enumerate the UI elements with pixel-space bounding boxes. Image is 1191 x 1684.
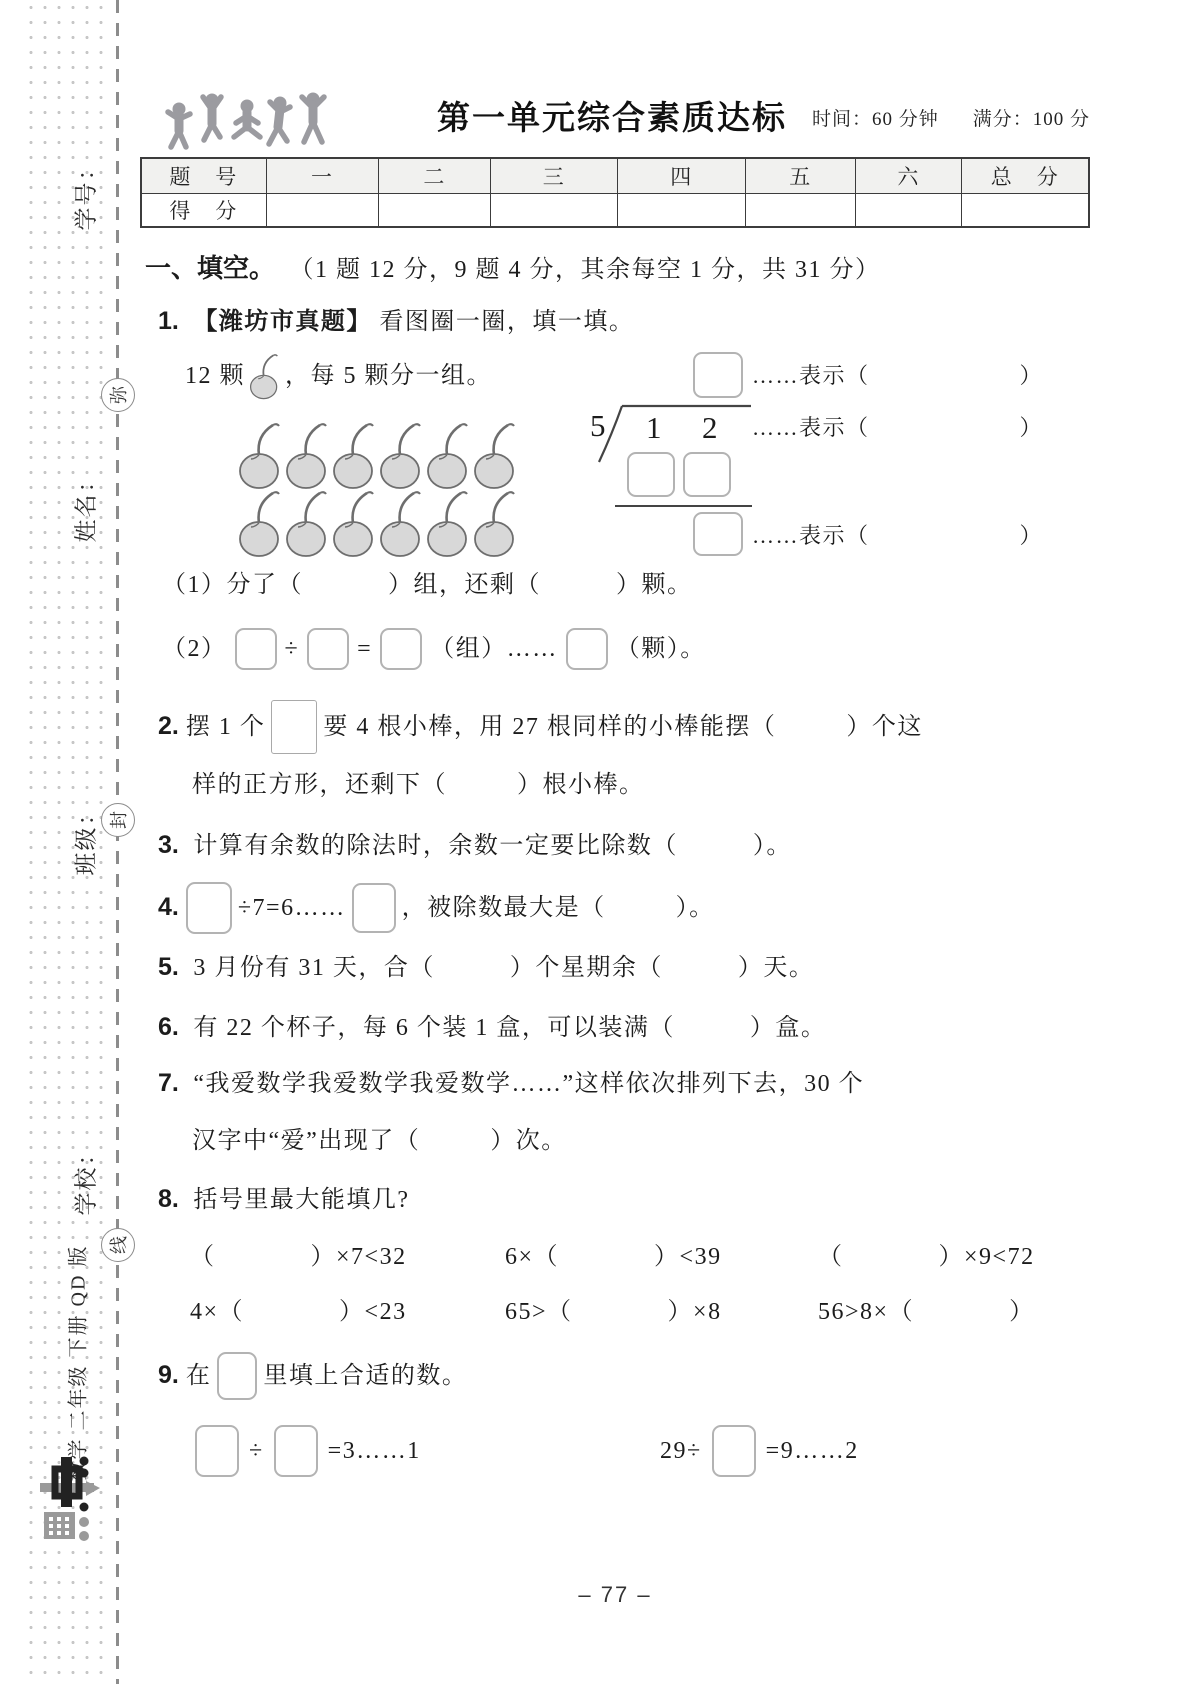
answer-blank[interactable] bbox=[844, 1263, 939, 1264]
col-header: 四 bbox=[618, 158, 746, 194]
q1-title: 看图圈一圈，填一填。 bbox=[379, 309, 634, 335]
q9-text: =3……1 bbox=[328, 1436, 421, 1466]
answer-blank[interactable] bbox=[420, 1147, 490, 1148]
section-1-heading: 一、填空。 （1 题 12 分，9 题 4 分，其余每空 1 分，共 31 分） bbox=[145, 252, 881, 285]
score-table-header-row: 题 号 一 二 三 四 五 六 总 分 bbox=[141, 158, 1089, 194]
q1-setup-prefix: 12 颗 bbox=[185, 361, 245, 391]
q4-text: ÷7=6…… bbox=[238, 893, 346, 923]
quotient-box[interactable] bbox=[693, 352, 743, 398]
q1-sub2-part: （颗）。 bbox=[616, 634, 706, 664]
q9-text: 里填上合适的数。 bbox=[263, 1361, 467, 1391]
express-prefix: ……表示（ bbox=[752, 523, 870, 548]
score-table-score-row: 得 分 bbox=[141, 194, 1089, 228]
col-header: 三 bbox=[491, 158, 618, 194]
answer-blank[interactable] bbox=[675, 1034, 750, 1035]
class-label: 班级： bbox=[68, 801, 101, 876]
section-1-note: （1 题 12 分，9 题 4 分，其余每空 1 分，共 31 分） bbox=[290, 257, 881, 283]
q8-expr-6: 56>8×（） bbox=[818, 1297, 1035, 1327]
score-cell[interactable] bbox=[266, 194, 379, 228]
answer-blank[interactable] bbox=[870, 542, 1020, 543]
seal-char-1: 弥 bbox=[101, 378, 135, 412]
q4-number: 4. bbox=[158, 892, 179, 923]
col-header: 一 bbox=[266, 158, 379, 194]
q1-sub2: （2） ÷ = （组）…… （颗）。 bbox=[162, 628, 706, 670]
q5-text: 3 月份有 31 天，合（ bbox=[193, 955, 435, 981]
col-header: 总 分 bbox=[962, 158, 1089, 194]
col-header: 六 bbox=[856, 158, 962, 194]
q1-express-line-3: ……表示（） bbox=[752, 522, 1043, 550]
q9-number: 9. bbox=[158, 1360, 179, 1391]
q8-expr-2: 6×（）<39 bbox=[505, 1242, 722, 1272]
q1-sub1: （1）分了（）组，还剩（）颗。 bbox=[162, 570, 693, 600]
q4-text: ，被除数最大是（ bbox=[402, 893, 606, 923]
subtraction-line bbox=[615, 505, 752, 507]
cherry-icon bbox=[426, 420, 472, 490]
cherry-icon bbox=[332, 420, 378, 490]
page-number: – 77 – bbox=[140, 1582, 1090, 1608]
q1-sub1-part: ）组，还剩（ bbox=[388, 572, 541, 598]
question-3: 3. 计算有余数的除法时，余数一定要比除数（）。 bbox=[158, 830, 792, 861]
answer-blank[interactable] bbox=[435, 974, 510, 975]
example-input-box bbox=[217, 1352, 257, 1400]
q6-number: 6. bbox=[158, 1013, 179, 1041]
divisor-input-box[interactable] bbox=[307, 628, 349, 670]
q2-text: 要 4 根小棒，用 27 根同样的小棒能摆（ bbox=[323, 712, 776, 742]
dividend-ones: 2 bbox=[702, 410, 718, 446]
jumping-kids-icon bbox=[163, 86, 331, 156]
expr-prefix: 4×（ bbox=[190, 1299, 244, 1325]
cherry-icon bbox=[238, 488, 284, 558]
q3-text: 计算有余数的除法时，余数一定要比除数（ bbox=[193, 833, 678, 859]
cherry-icon bbox=[379, 420, 425, 490]
division-sign: ÷ bbox=[285, 634, 300, 664]
expr-prefix: 56>8×（ bbox=[818, 1299, 914, 1325]
cherry-icon bbox=[285, 420, 331, 490]
cherry-icon bbox=[426, 488, 472, 558]
q1-express-line-2: ……表示（） bbox=[752, 414, 1043, 442]
question-7-line-1: 7. “我爱数学我爱数学我爱数学……”这样依次排列下去，30 个 bbox=[158, 1068, 864, 1099]
q8-expr-3: （）×9<72 bbox=[818, 1242, 1035, 1272]
q4-text: ）。 bbox=[676, 893, 715, 923]
student-no-label: 学号： bbox=[68, 156, 101, 231]
q8-expr-5: 65>（）×8 bbox=[505, 1297, 722, 1327]
product-ones-box[interactable] bbox=[683, 452, 731, 497]
q1-sub1-part: （1）分了（ bbox=[162, 572, 303, 598]
dividend-tens: 1 bbox=[646, 410, 662, 446]
quotient-input-box[interactable] bbox=[380, 628, 422, 670]
q1-number: 1. bbox=[158, 307, 179, 335]
q9-text: 29÷ bbox=[660, 1436, 702, 1466]
edition-label: 数学 二年级 下册 QD 版 bbox=[62, 1245, 91, 1482]
answer-blank[interactable] bbox=[776, 727, 846, 728]
q8-expr-4: 4×（）<23 bbox=[190, 1297, 407, 1327]
col-header: 题 号 bbox=[141, 158, 266, 194]
cherry-row-1 bbox=[238, 420, 519, 490]
name-label: 姓名： bbox=[68, 468, 101, 543]
seal-char-2: 封 bbox=[101, 803, 135, 837]
answer-blank[interactable] bbox=[678, 852, 753, 853]
cherry-icon bbox=[238, 420, 284, 490]
q3-text: ）。 bbox=[753, 833, 792, 859]
q1-sub2-part: （2） bbox=[162, 634, 227, 664]
q7-text: “我爱数学我爱数学我爱数学……”这样依次排列下去，30 个 bbox=[193, 1071, 864, 1097]
question-2-line-2: 样的正方形，还剩下（）根小棒。 bbox=[192, 770, 645, 800]
q1-sub2-part: （组）…… bbox=[430, 634, 558, 664]
question-4: 4. ÷7=6…… ，被除数最大是（ ）。 bbox=[158, 882, 715, 934]
score-cell[interactable] bbox=[618, 194, 746, 228]
question-9-title: 9. 在 里填上合适的数。 bbox=[158, 1352, 467, 1400]
q9-expr-1: ÷ =3……1 bbox=[195, 1425, 421, 1477]
answer-blank[interactable] bbox=[216, 1263, 311, 1264]
divisor: 5 bbox=[590, 408, 606, 444]
school-label: 学校： bbox=[68, 1141, 101, 1216]
cherry-icon bbox=[249, 352, 281, 400]
expr-prefix: 6×（ bbox=[505, 1244, 559, 1270]
q7-text: 汉字中“爱”出现了（ bbox=[192, 1128, 420, 1154]
division-sign: ÷ bbox=[249, 1436, 264, 1466]
worksheet-page: 学号： 姓名： 班级： 学校： 数学 二年级 下册 QD 版 弥 封 线 bbox=[0, 0, 1191, 1684]
product-tens-box[interactable] bbox=[627, 452, 675, 497]
q1-setup-suffix: ，每 5 颗分一组。 bbox=[285, 361, 492, 391]
answer-blank[interactable] bbox=[573, 1318, 668, 1319]
cherry-icon bbox=[332, 488, 378, 558]
q1-source-tag: 【潍坊市真题】 bbox=[193, 309, 372, 335]
divisor-input-box[interactable] bbox=[712, 1425, 756, 1477]
answer-blank[interactable] bbox=[870, 382, 1020, 383]
answer-blank[interactable] bbox=[663, 974, 738, 975]
score-cell[interactable] bbox=[491, 194, 618, 228]
full-score: 满分：100 分 bbox=[973, 104, 1090, 131]
exam-meta: 时间：60 分钟 满分：100 分 bbox=[812, 104, 1090, 131]
remainder-input-box[interactable] bbox=[566, 628, 608, 670]
score-cell[interactable] bbox=[856, 194, 962, 228]
q1-setup-line: 12 颗 ，每 5 颗分一组。 bbox=[185, 352, 492, 400]
q7-text: ）次。 bbox=[490, 1128, 567, 1154]
dividend-input-box[interactable] bbox=[235, 628, 277, 670]
expr-prefix: 65>（ bbox=[505, 1299, 573, 1325]
score-label: 得 分 bbox=[141, 194, 266, 228]
col-header: 五 bbox=[746, 158, 856, 194]
remainder-box[interactable] bbox=[693, 512, 743, 556]
question-6: 6. 有 22 个杯子，每 6 个装 1 盒，可以装满（）盒。 bbox=[158, 1012, 826, 1043]
express-suffix: ） bbox=[1020, 363, 1044, 388]
express-prefix: ……表示（ bbox=[752, 363, 870, 388]
question-7-line-2: 汉字中“爱”出现了（）次。 bbox=[192, 1126, 567, 1156]
unit-title: 第一单元综合素质达标 bbox=[437, 92, 787, 139]
q5-text: ）个星期余（ bbox=[510, 955, 663, 981]
express-suffix: ） bbox=[1020, 415, 1044, 440]
score-cell[interactable] bbox=[962, 194, 1089, 228]
q9-expr-2: 29÷ =9……2 bbox=[660, 1425, 859, 1477]
dividend-input-box[interactable] bbox=[195, 1425, 239, 1477]
answer-blank[interactable] bbox=[559, 1263, 654, 1264]
equals-sign: = bbox=[357, 634, 372, 664]
seal-dashed-line bbox=[116, 0, 119, 1684]
time-limit: 时间：60 分钟 bbox=[812, 104, 939, 131]
question-5: 5. 3 月份有 31 天，合（）个星期余（）天。 bbox=[158, 952, 814, 983]
q1-express-line-1: ……表示（） bbox=[752, 362, 1043, 390]
q9-text: =9……2 bbox=[766, 1436, 859, 1466]
answer-blank[interactable] bbox=[606, 908, 676, 909]
cherry-row-2 bbox=[238, 488, 519, 558]
divisor-input-box[interactable] bbox=[274, 1425, 318, 1477]
q8-text: 括号里最大能填几? bbox=[193, 1187, 409, 1213]
answer-blank[interactable] bbox=[541, 591, 616, 592]
q7-number: 7. bbox=[158, 1069, 179, 1097]
q2-number: 2. bbox=[158, 711, 179, 742]
q3-number: 3. bbox=[158, 831, 179, 859]
cherry-icon bbox=[379, 488, 425, 558]
score-cell[interactable] bbox=[379, 194, 491, 228]
expr-suffix: ）×9<72 bbox=[939, 1244, 1035, 1270]
expr-suffix: ） bbox=[1009, 1299, 1035, 1325]
brand-logo bbox=[36, 1452, 102, 1544]
q2-text: ）根小棒。 bbox=[517, 772, 645, 798]
question-1: 1. 【潍坊市真题】 看图圈一圈，填一填。 bbox=[158, 306, 634, 337]
question-8-title: 8. 括号里最大能填几? bbox=[158, 1184, 410, 1215]
q2-text: ）个这 bbox=[846, 712, 923, 742]
cherry-icon bbox=[473, 420, 519, 490]
q1-sub1-part: ）颗。 bbox=[616, 572, 693, 598]
cherry-icon bbox=[285, 488, 331, 558]
express-suffix: ） bbox=[1020, 523, 1044, 548]
question-2-line-1: 2. 摆 1 个 要 4 根小棒，用 27 根同样的小棒能摆（ ）个这 bbox=[158, 700, 923, 754]
q8-number: 8. bbox=[158, 1185, 179, 1213]
answer-blank[interactable] bbox=[303, 591, 388, 592]
q6-text: ）盒。 bbox=[750, 1015, 827, 1041]
dividend-input-box[interactable] bbox=[186, 882, 232, 934]
expr-prefix: （ bbox=[818, 1244, 844, 1270]
seal-char-3: 线 bbox=[101, 1228, 135, 1262]
expr-prefix: （ bbox=[190, 1244, 216, 1270]
q2-text: 摆 1 个 bbox=[186, 712, 266, 742]
q5-text: ）天。 bbox=[738, 955, 815, 981]
square-shape-box bbox=[271, 700, 317, 754]
expr-suffix: ）×7<32 bbox=[311, 1244, 407, 1270]
express-prefix: ……表示（ bbox=[752, 415, 870, 440]
q5-number: 5. bbox=[158, 953, 179, 981]
remainder-input-box[interactable] bbox=[352, 883, 396, 933]
answer-blank[interactable] bbox=[244, 1318, 339, 1319]
cherry-icon bbox=[473, 488, 519, 558]
q8-expr-1: （）×7<32 bbox=[190, 1242, 407, 1272]
q2-text: 样的正方形，还剩下（ bbox=[192, 772, 447, 798]
expr-suffix: ）×8 bbox=[668, 1299, 722, 1325]
answer-blank[interactable] bbox=[914, 1318, 1009, 1319]
answer-blank[interactable] bbox=[870, 434, 1020, 435]
q6-text: 有 22 个杯子，每 6 个装 1 盒，可以装满（ bbox=[193, 1015, 675, 1041]
expr-suffix: ）<23 bbox=[339, 1299, 407, 1325]
cherry-group bbox=[238, 420, 519, 558]
col-header: 二 bbox=[379, 158, 491, 194]
q9-text: 在 bbox=[186, 1361, 212, 1391]
section-1-title: 一、填空。 bbox=[145, 253, 275, 283]
answer-blank[interactable] bbox=[447, 791, 517, 792]
score-cell[interactable] bbox=[746, 194, 856, 228]
score-table: 题 号 一 二 三 四 五 六 总 分 得 分 bbox=[140, 157, 1090, 228]
expr-suffix: ）<39 bbox=[654, 1244, 722, 1270]
